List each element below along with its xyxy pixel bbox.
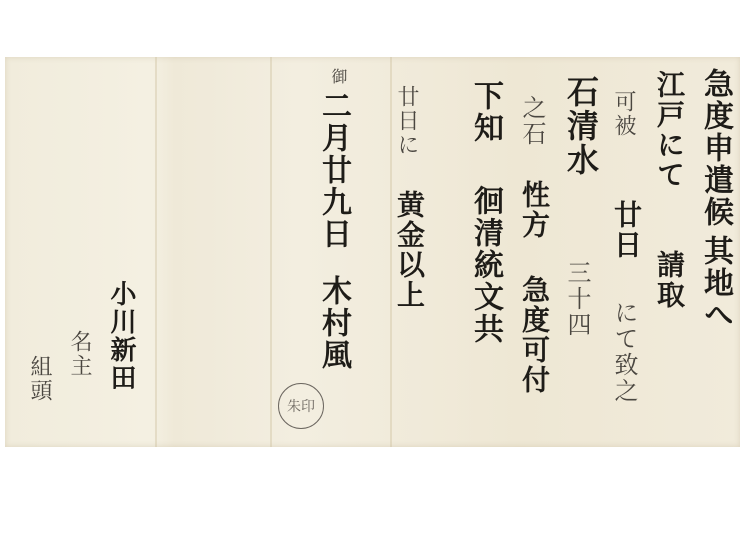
calligraphy-column: 性方 [520, 180, 548, 240]
calligraphy-column: 急度申遣候 [700, 68, 730, 228]
calligraphy-column: 請取 [655, 250, 683, 310]
calligraphy-column: 可被 [612, 90, 634, 138]
paper-fold [155, 57, 157, 447]
calligraphy-column: 御 [330, 68, 346, 86]
seal-label: 朱印 [287, 396, 315, 416]
calligraphy-column: 二月廿九日 [318, 90, 348, 250]
paper-fold [270, 57, 272, 447]
calligraphy-column: 江戸にて [655, 70, 683, 190]
calligraphy-column: 黄金以上 [395, 190, 423, 310]
calligraphy-column: 下知 [470, 80, 500, 144]
calligraphy-column: 木村風 [318, 275, 348, 371]
calligraphy-column: 廿日に [395, 85, 417, 157]
calligraphy-column: 名主 [68, 330, 90, 378]
paper-fold [390, 57, 392, 447]
calligraphy-column: 廿日 [612, 200, 640, 260]
calligraphy-column: 組頭 [28, 355, 50, 403]
calligraphy-column: 小川新田 [108, 280, 134, 392]
calligraphy-column: にて致之 [612, 300, 636, 404]
calligraphy-column: 急度可付 [520, 275, 548, 395]
calligraphy-column: 三十四 [565, 260, 589, 338]
calligraphy-column: 徊清統文共 [470, 185, 500, 345]
calligraphy-column: 其地へ [700, 235, 730, 331]
seal-stamp: 朱印 [278, 383, 324, 429]
calligraphy-column: 石清水 [565, 75, 597, 177]
calligraphy-column: 之石 [520, 95, 544, 147]
